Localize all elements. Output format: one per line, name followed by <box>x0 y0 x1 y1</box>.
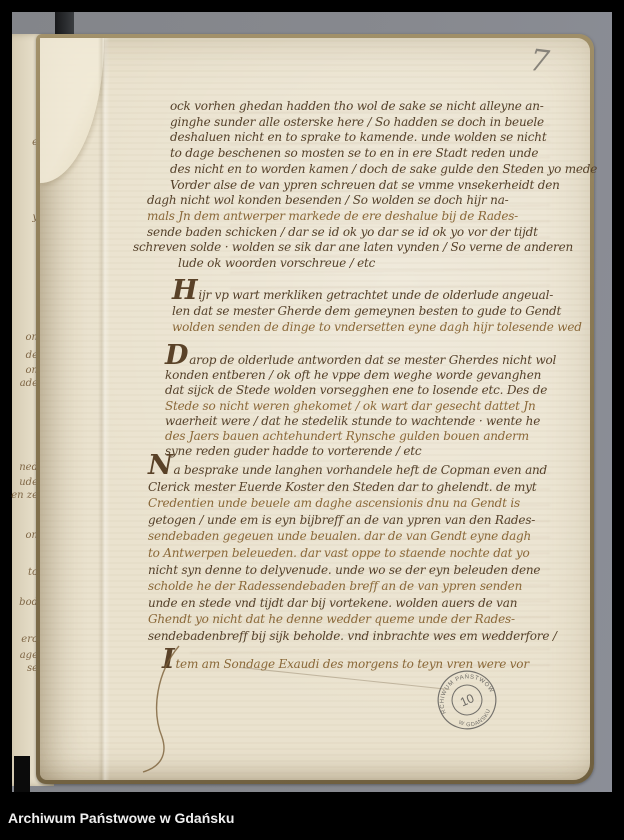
manuscript-line: to Antwerpen beleueden. dar vast oppe to… <box>148 545 557 562</box>
margin-fragment: y <box>10 212 38 223</box>
manuscript-line: ginghe sunder alle osterske here / So ha… <box>170 115 597 131</box>
margin-fragment: en ze <box>10 490 38 501</box>
margin-fragment: e <box>10 137 38 148</box>
manuscript-line: len dat se mester Gherde dem gemeynen be… <box>172 303 582 319</box>
manuscript-line: to dage beschenen so mosten se to en in … <box>170 146 597 162</box>
manuscript-line: deshaluen nicht en to sprake to kamende.… <box>170 130 597 146</box>
scanned-manuscript-view: e y on de on ade ned ude en ze on to bod… <box>0 0 624 840</box>
margin-fragment: bod <box>10 597 38 608</box>
manuscript-line: des Jaers bauen achtehundert Rynsche gul… <box>165 429 556 444</box>
manuscript-line: Credentien unde beuele am daghe ascensio… <box>148 495 557 512</box>
manuscript-line: sendebaden gegeuen unde beualen. dar de … <box>148 528 557 545</box>
margin-fragment: to <box>10 567 38 578</box>
manuscript-line: dat sijck de Stede wolden vorsegghen ene… <box>165 383 556 398</box>
margin-fragment: ade <box>10 378 38 389</box>
manuscript-line: sende baden schicken / dar se id ok yo d… <box>147 225 597 241</box>
stamp-number: 10 <box>458 691 476 709</box>
manuscript-line: unde en stede vnd tijdt dar bij vorteken… <box>148 595 557 612</box>
manuscript-line: sendebadenbreff bij sijk beholde. vnd in… <box>148 628 557 645</box>
margin-fragment: age <box>10 650 38 661</box>
manuscript-line: Clerick mester Euerde Koster den Steden … <box>148 479 557 496</box>
manuscript-line: nicht syn denne to delyvenude. unde wo s… <box>148 562 557 579</box>
margin-fragment: ude <box>10 477 38 488</box>
page-number: 7 <box>528 43 551 80</box>
manuscript-line: dagh nicht wol konden besenden / So wold… <box>147 193 597 209</box>
stamp-bottom-text: W GDAŃSKU <box>456 706 496 734</box>
manuscript-line: Darop de olderlude antworden dat se mest… <box>165 348 556 368</box>
margin-fragment: on <box>10 530 38 541</box>
margin-fragment: on <box>10 365 38 376</box>
page-corner-curl <box>40 38 104 183</box>
manuscript-line: Hijr vp wart merkliken getrachtet unde d… <box>172 283 582 303</box>
initial-flourish <box>135 642 187 777</box>
manuscript-line: Vorder alse de van ypren schreuen dat se… <box>170 178 597 194</box>
manuscript-line: schreven solde · wolden se sik dar ane l… <box>133 240 597 256</box>
manuscript-line: konden entberen / ok oft he vppe dem weg… <box>165 368 556 383</box>
manuscript-paragraph-1: ock vorhen ghedan hadden tho wol de sake… <box>170 99 597 272</box>
archive-caption: Archiwum Państwowe w Gdańsku <box>8 810 234 826</box>
photo-backdrop: e y on de on ade ned ude en ze on to bod… <box>12 12 612 792</box>
page-fold-line <box>98 38 110 780</box>
manuscript-line: wolden senden de dinge to vndersetten ey… <box>172 319 582 335</box>
margin-fragment: de <box>10 350 38 361</box>
svg-text:W GDAŃSKU: W GDAŃSKU <box>456 706 496 734</box>
manuscript-paragraph-2: Hijr vp wart merkliken getrachtet unde d… <box>172 283 582 335</box>
manuscript-line: mals Jn dem antwerper markede de ere des… <box>147 209 597 225</box>
manuscript-line: scholde he der Radessendebaden breff an … <box>148 578 557 595</box>
manuscript-line: waerheit were / dat he stedelik stunde t… <box>165 414 556 429</box>
manuscript-paragraph-4: Na besprake unde langhen vorhandele heft… <box>148 458 557 645</box>
manuscript-line: Ghendt yo nicht dat he denne wedder quem… <box>148 611 557 628</box>
manuscript-line: des nicht en to worden kamen / doch de s… <box>170 162 597 178</box>
margin-fragment: se <box>10 663 38 674</box>
manuscript-paragraph-3: Darop de olderlude antworden dat se mest… <box>165 348 556 459</box>
manuscript-page: 7 ock vorhen ghedan hadden tho wol de sa… <box>40 38 590 780</box>
manuscript-line: getogen / unde em is eyn bijbreff an de … <box>148 512 557 529</box>
manuscript-line: Na besprake unde langhen vorhandele heft… <box>148 458 557 479</box>
margin-fragment: ero <box>10 634 38 645</box>
manuscript-line: lude ok woorden vorschreue / etc <box>178 256 597 272</box>
manuscript-line: Stede so nicht weren ghekomet / ok wart … <box>165 399 556 414</box>
spine-gap <box>14 756 30 792</box>
margin-fragment: on <box>10 332 38 343</box>
manuscript-line: ock vorhen ghedan hadden tho wol de sake… <box>170 99 597 115</box>
margin-fragment: ned <box>10 462 38 473</box>
